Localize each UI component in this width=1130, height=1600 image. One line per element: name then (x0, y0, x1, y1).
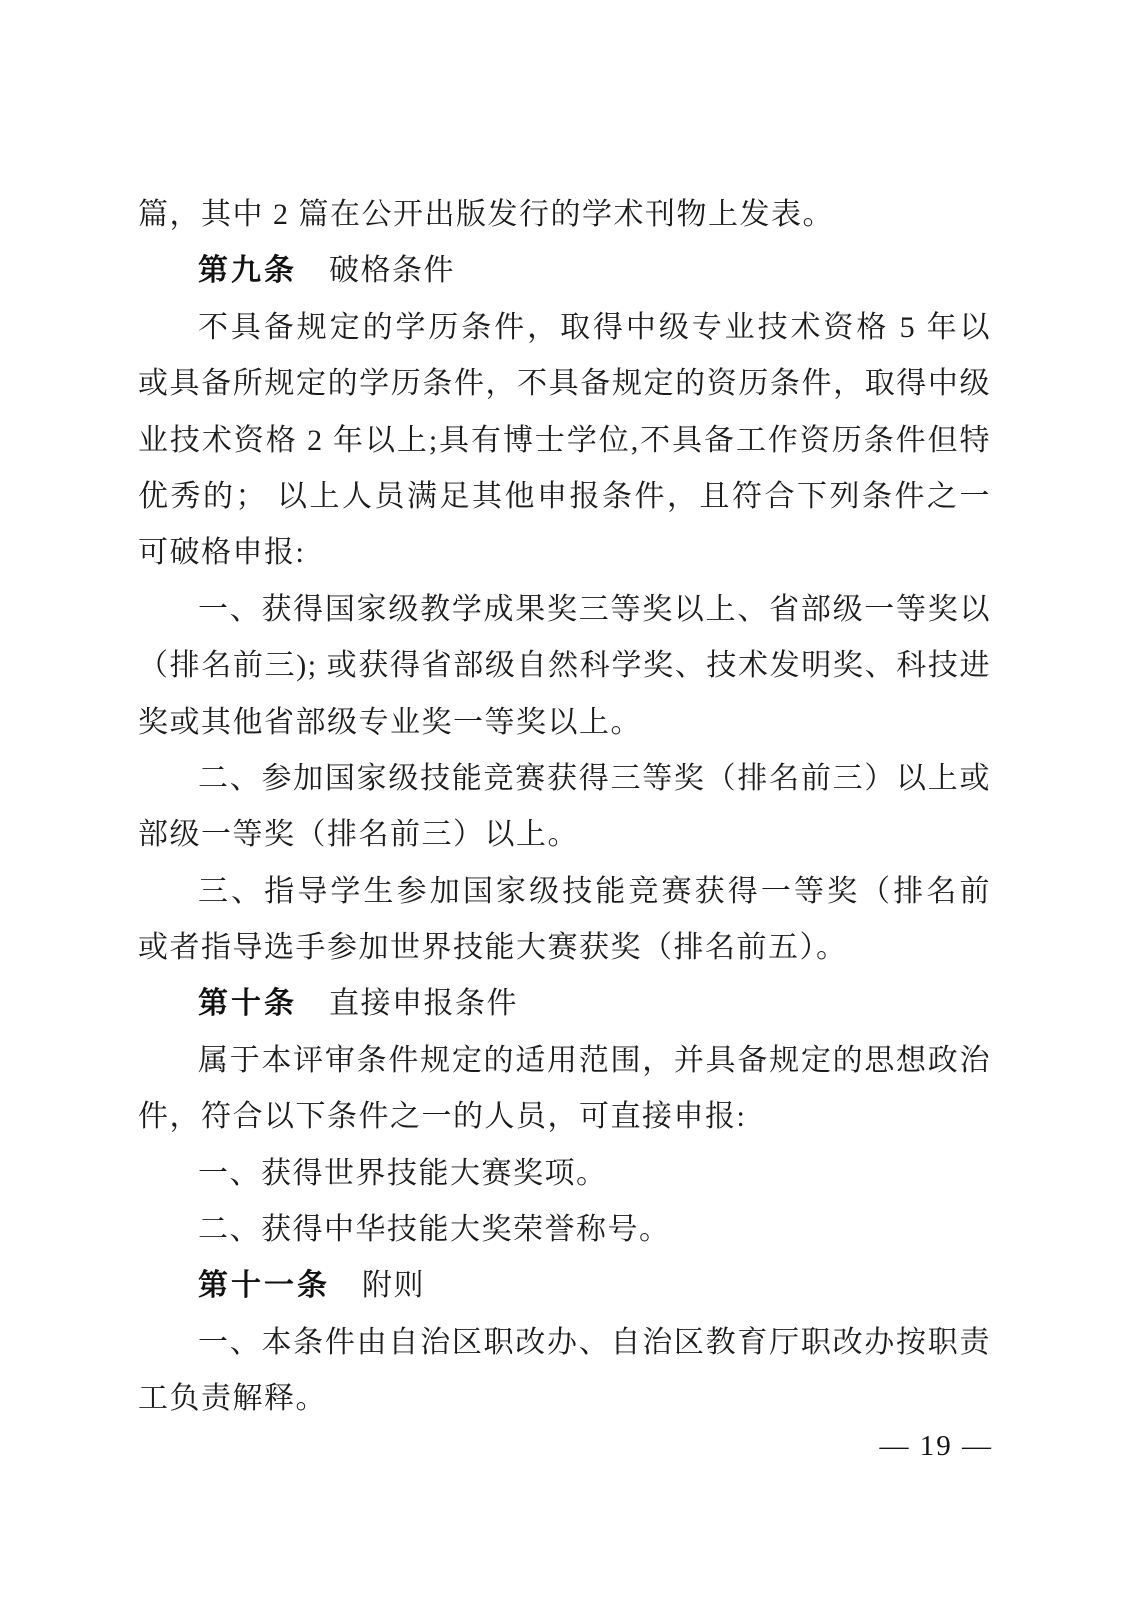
body-line: 部级一等奖（排名前三）以上。 (138, 807, 991, 863)
list-item-3: 三、指导学生参加国家级技能竞赛获得一等奖（排名前三); (138, 864, 991, 920)
page-number: — 19 — (880, 1430, 994, 1462)
list-item-2: 二、参加国家级技能竞赛获得三等奖（排名前三）以上或省 (138, 751, 991, 807)
list-item-1: 一、获得世界技能大赛奖项。 (138, 1146, 991, 1202)
article-title: 附则 (362, 1269, 425, 1302)
list-item-1: 一、本条件由自治区职改办、自治区教育厅职改办按职责分 (138, 1315, 991, 1371)
article-title: 破格条件 (329, 254, 455, 287)
list-item-2: 二、获得中华技能大奖荣誉称号。 (138, 1202, 991, 1258)
body-line: 或具备所规定的学历条件，不具备规定的资历条件，取得中级专 (138, 356, 991, 412)
article-number: 第十条 (198, 987, 297, 1020)
article-number: 第十一条 (198, 1269, 330, 1302)
document-page: 篇，其中 2 篇在公开出版发行的学术刊物上发表。 第九条破格条件 不具备规定的学… (0, 0, 1130, 1600)
article-number: 第九条 (198, 254, 297, 287)
body-line: 或者指导选手参加世界技能大赛获奖（排名前五）。 (138, 920, 991, 976)
article-heading-11: 第十一条附则 (138, 1258, 991, 1314)
body-line: 优秀的； 以上人员满足其他申报条件，且符合下列条件之一者， (138, 469, 991, 525)
document-body: 篇，其中 2 篇在公开出版发行的学术刊物上发表。 第九条破格条件 不具备规定的学… (138, 187, 991, 1428)
body-line: 可破格申报: (138, 525, 991, 581)
body-line: 属于本评审条件规定的适用范围，并具备规定的思想政治条 (138, 1033, 991, 1089)
body-line: 工负责解释。 (138, 1371, 991, 1427)
article-heading-10: 第十条直接申报条件 (138, 976, 991, 1032)
body-line: （排名前三); 或获得省部级自然科学奖、技术发明奖、科技进步 (138, 638, 991, 694)
article-title: 直接申报条件 (329, 987, 518, 1020)
body-line: 不具备规定的学历条件，取得中级专业技术资格 5 年以上; (138, 300, 991, 356)
body-line: 篇，其中 2 篇在公开出版发行的学术刊物上发表。 (138, 187, 991, 243)
body-line: 件，符合以下条件之一的人员，可直接申报: (138, 1089, 991, 1145)
list-item-1: 一、获得国家级教学成果奖三等奖以上、省部级一等奖以上 (138, 582, 991, 638)
body-line: 奖或其他省部级专业奖一等奖以上。 (138, 695, 991, 751)
article-heading-9: 第九条破格条件 (138, 243, 991, 299)
body-line: 业技术资格 2 年以上;具有博士学位,不具备工作资历条件但特别 (138, 413, 991, 469)
